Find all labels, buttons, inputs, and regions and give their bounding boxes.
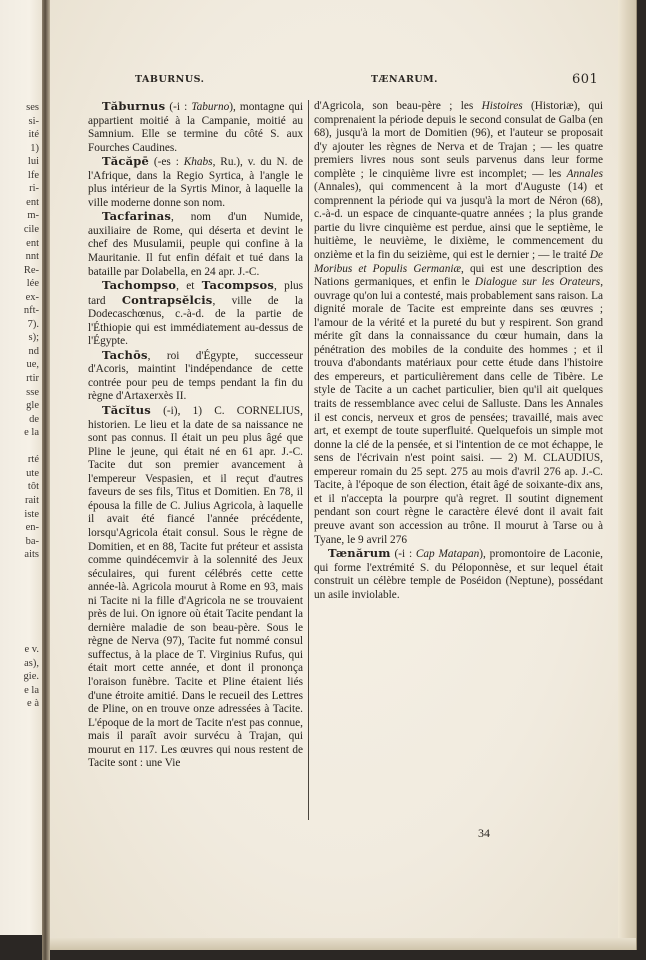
previous-page-text-fragment: lée xyxy=(27,278,39,290)
signature-mark: 34 xyxy=(478,826,490,841)
previous-page-text-fragment: si- xyxy=(29,116,40,128)
previous-page-text-fragment: cile xyxy=(24,224,39,236)
previous-page-text-fragment: ex- xyxy=(26,292,39,304)
entry-text: , et xyxy=(176,280,202,292)
previous-page-text-fragment: de xyxy=(29,414,39,426)
previous-page-text-fragment: e la xyxy=(24,685,39,697)
dictionary-entry: Tăcĭtus (-i), 1) C. CORNELIUS, historien… xyxy=(88,404,303,771)
right-running-head: TÆNARUM. xyxy=(371,74,438,85)
left-column: Tăburnus (-i : Taburno), montagne qui ap… xyxy=(88,100,303,771)
entry-text: d'Agricola, son beau-père ; les xyxy=(314,100,482,112)
entry-text: (-i), 1) C. CORNELIUS, historien. Le lie… xyxy=(88,405,303,769)
previous-page-text-fragment: rté xyxy=(28,454,39,466)
previous-page-text-fragment: ses xyxy=(26,102,39,114)
entry-text: (Annales), qui commencent à la mort d'Au… xyxy=(314,181,603,261)
entry-headword: Tænărum xyxy=(328,546,391,560)
previous-page-text-fragment: Re- xyxy=(24,265,39,277)
previous-page-text-fragment: tôt xyxy=(28,481,39,493)
previous-page-text-fragment: ent xyxy=(26,197,39,209)
entry-headword: Tăburnus xyxy=(102,99,165,113)
previous-page-text-fragment: iste xyxy=(24,509,39,521)
previous-page-text-fragment: gie. xyxy=(24,671,39,683)
italic-text: Taburno xyxy=(191,101,229,113)
dictionary-entry: Tænărum (-i : Cap Matapan), promontoire … xyxy=(314,547,603,602)
previous-page-text-fragment: e v. xyxy=(25,644,39,656)
italic-text: Dialogue sur les Orateurs xyxy=(475,276,600,288)
previous-page-text-fragment: nd xyxy=(29,346,40,358)
book-gutter xyxy=(42,0,50,960)
previous-page-text-fragment: m- xyxy=(27,210,39,222)
entry-text: (-es : xyxy=(149,156,184,168)
previous-page-text-fragment: gle xyxy=(26,400,39,412)
previous-page-text-fragment: 7). xyxy=(28,319,39,331)
previous-page-text-fragment: 1) xyxy=(30,143,39,155)
previous-page-text-fragment: aits xyxy=(24,549,39,561)
previous-page-text-fragment: rtir xyxy=(26,373,39,385)
previous-page-text-fragment: ue, xyxy=(26,359,39,371)
dictionary-entry: Tachōs, roi d'Égypte, successeur d'Acori… xyxy=(88,349,303,404)
previous-page-edge: sessi-ité1)luilferi-entm-cileentnntRe-lé… xyxy=(0,0,42,935)
previous-page-text-fragment: ute xyxy=(26,468,39,480)
entry-headword: Tachompso xyxy=(102,278,176,292)
entry-text: Contrapsĕlcis xyxy=(122,293,213,307)
entry-headword: Tacfarinas xyxy=(102,209,171,223)
previous-page-text-fragment: ba- xyxy=(26,536,39,548)
previous-page-text-fragment: ité xyxy=(29,129,40,141)
previous-page-text-fragment: e à xyxy=(27,698,39,710)
previous-page-text-fragment: lfe xyxy=(28,170,39,182)
page-bottom-edge xyxy=(50,938,636,950)
previous-page-text-fragment: rait xyxy=(25,495,39,507)
italic-text: Annales xyxy=(567,168,603,180)
previous-page-text-fragment: en- xyxy=(26,522,39,534)
previous-page-text-fragment: ent xyxy=(26,238,39,250)
previous-page-text-fragment: as), xyxy=(24,658,39,670)
dictionary-entry: Tăburnus (-i : Taburno), montagne qui ap… xyxy=(88,100,303,155)
dictionary-entry: d'Agricola, son beau-père ; les Histoire… xyxy=(314,100,603,547)
previous-page-text-fragment: s); xyxy=(29,332,40,344)
previous-page-text-fragment: ri- xyxy=(29,183,39,195)
right-column: d'Agricola, son beau-père ; les Histoire… xyxy=(314,100,603,602)
entry-headword: Tăcĭtus xyxy=(102,403,151,417)
entry-text: Tacompsos xyxy=(202,278,274,292)
entry-headword: Tachōs xyxy=(102,348,148,362)
previous-page-text-fragment: nnt xyxy=(26,251,39,263)
italic-text: Cap Matapan xyxy=(416,548,479,560)
previous-page-text-fragment: nft- xyxy=(24,305,39,317)
previous-page-text-fragment: lui xyxy=(28,156,39,168)
page-fore-edge xyxy=(618,0,637,950)
entry-text: (-i : xyxy=(391,548,416,560)
running-header: TABURNUS. TÆNARUM. 601 xyxy=(0,74,646,92)
previous-page-text-fragment: e la xyxy=(24,427,39,439)
entry-headword: Tăcăpē xyxy=(102,154,149,168)
entry-text: (-i : xyxy=(165,101,191,113)
dictionary-entry: Tacfarinas, nom d'un Numide, auxiliaire … xyxy=(88,210,303,279)
dictionary-entry: Tăcăpē (-es : Khabs, Ru.), v. du N. de l… xyxy=(88,155,303,210)
previous-page-text-fragment: sse xyxy=(26,387,39,399)
italic-text: Histoires xyxy=(482,100,523,112)
left-running-head: TABURNUS. xyxy=(135,74,204,85)
italic-text: Khabs xyxy=(184,156,213,168)
page-number: 601 xyxy=(572,72,598,87)
column-divider xyxy=(308,100,309,820)
dictionary-entry: Tachompso, et Tacompsos, plus tard Contr… xyxy=(88,279,303,349)
entry-text: , ouvrage qu'on lui a contesté, mais pro… xyxy=(314,276,603,545)
